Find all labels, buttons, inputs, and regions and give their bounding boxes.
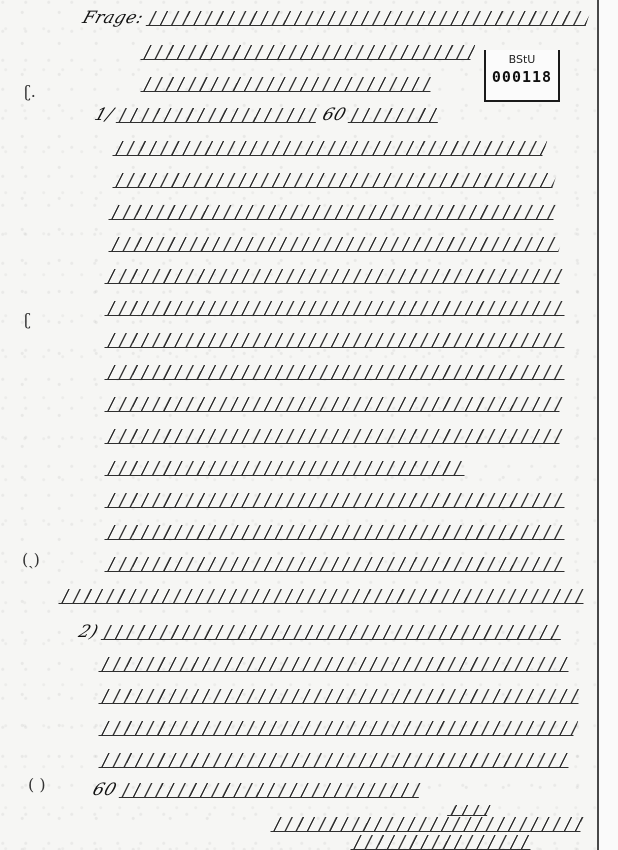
section-2-line xyxy=(98,750,574,769)
handwriting-stroke xyxy=(118,783,423,798)
section-1-line xyxy=(108,234,564,253)
section-1-line xyxy=(104,362,570,381)
section-1-line xyxy=(58,586,589,605)
handwriting-stroke xyxy=(270,817,585,832)
handwriting-stroke xyxy=(108,205,558,220)
handwriting-stroke xyxy=(140,77,435,92)
archive-stamp: BStU 000118 xyxy=(484,50,560,102)
handwriting-stroke xyxy=(108,237,563,252)
handwriting-stroke xyxy=(104,461,469,476)
handwriting-stroke xyxy=(104,557,569,572)
handwriting-stroke xyxy=(112,173,557,188)
section-2-marker: 2) xyxy=(76,622,101,642)
handwriting-stroke xyxy=(104,301,569,316)
handwriting-stroke xyxy=(115,108,320,123)
stamp-page-number: 000118 xyxy=(486,68,558,86)
section-2-line xyxy=(98,686,584,705)
handwriting-stroke xyxy=(104,397,564,412)
section-1-line xyxy=(104,394,565,413)
handwriting-stroke xyxy=(58,589,588,604)
handwriting-stroke xyxy=(104,493,569,508)
page-border-line xyxy=(597,0,599,850)
handwriting-stroke xyxy=(104,365,569,380)
section-1-line xyxy=(104,266,565,285)
heading-label: Frage: xyxy=(80,8,146,28)
margin-mark: ʗ xyxy=(24,310,31,329)
section-1-line xyxy=(104,554,570,573)
scan-edge-strip xyxy=(599,0,618,850)
age-number-2: 60 xyxy=(90,780,119,800)
heading-line xyxy=(140,74,436,93)
signature-stroke xyxy=(350,835,535,850)
section-2-line: 2) xyxy=(76,622,566,642)
margin-mark: ʗ. xyxy=(24,82,36,101)
handwriting-stroke xyxy=(104,333,569,348)
section-1-line xyxy=(112,138,548,157)
section-1-line xyxy=(112,170,558,189)
handwriting-stroke xyxy=(98,689,583,704)
section-2-line: 60 xyxy=(90,780,424,800)
heading-line xyxy=(140,42,476,61)
handwriting-stroke xyxy=(104,429,564,444)
section-2-line xyxy=(98,718,579,737)
handwriting-stroke xyxy=(145,11,590,26)
section-1-line xyxy=(104,426,565,445)
section-1-line xyxy=(104,522,570,541)
margin-mark: (ˎ) xyxy=(22,550,40,570)
age-number: 60 xyxy=(320,105,349,125)
handwriting-stroke xyxy=(348,108,443,123)
signature xyxy=(350,832,536,850)
handwriting-stroke xyxy=(100,625,565,640)
handwriting-stroke xyxy=(98,753,573,768)
handwriting-stroke xyxy=(104,525,569,540)
handwriting-stroke xyxy=(98,721,578,736)
stamp-organization: BStU xyxy=(486,53,558,66)
handwriting-stroke xyxy=(112,141,547,156)
section-1-line xyxy=(104,330,570,349)
section-1-line xyxy=(108,202,559,221)
heading-line: Frage: xyxy=(80,8,591,28)
section-2-line xyxy=(98,654,574,673)
section-1-marker: 1/ xyxy=(92,105,116,125)
handwriting-stroke xyxy=(140,45,475,60)
handwriting-stroke xyxy=(104,269,564,284)
section-1-line xyxy=(104,490,570,509)
margin-mark: ( ) xyxy=(28,775,46,794)
section-1-line: 1/ 60 xyxy=(92,105,444,125)
section-1-line xyxy=(104,458,470,477)
document-page: ʗ. ʗ (ˎ) ( ) BStU 000118 Frage: 1/ 60 2) xyxy=(0,0,618,850)
handwriting-stroke xyxy=(98,657,573,672)
section-1-line xyxy=(104,298,570,317)
closing-line xyxy=(270,814,586,833)
